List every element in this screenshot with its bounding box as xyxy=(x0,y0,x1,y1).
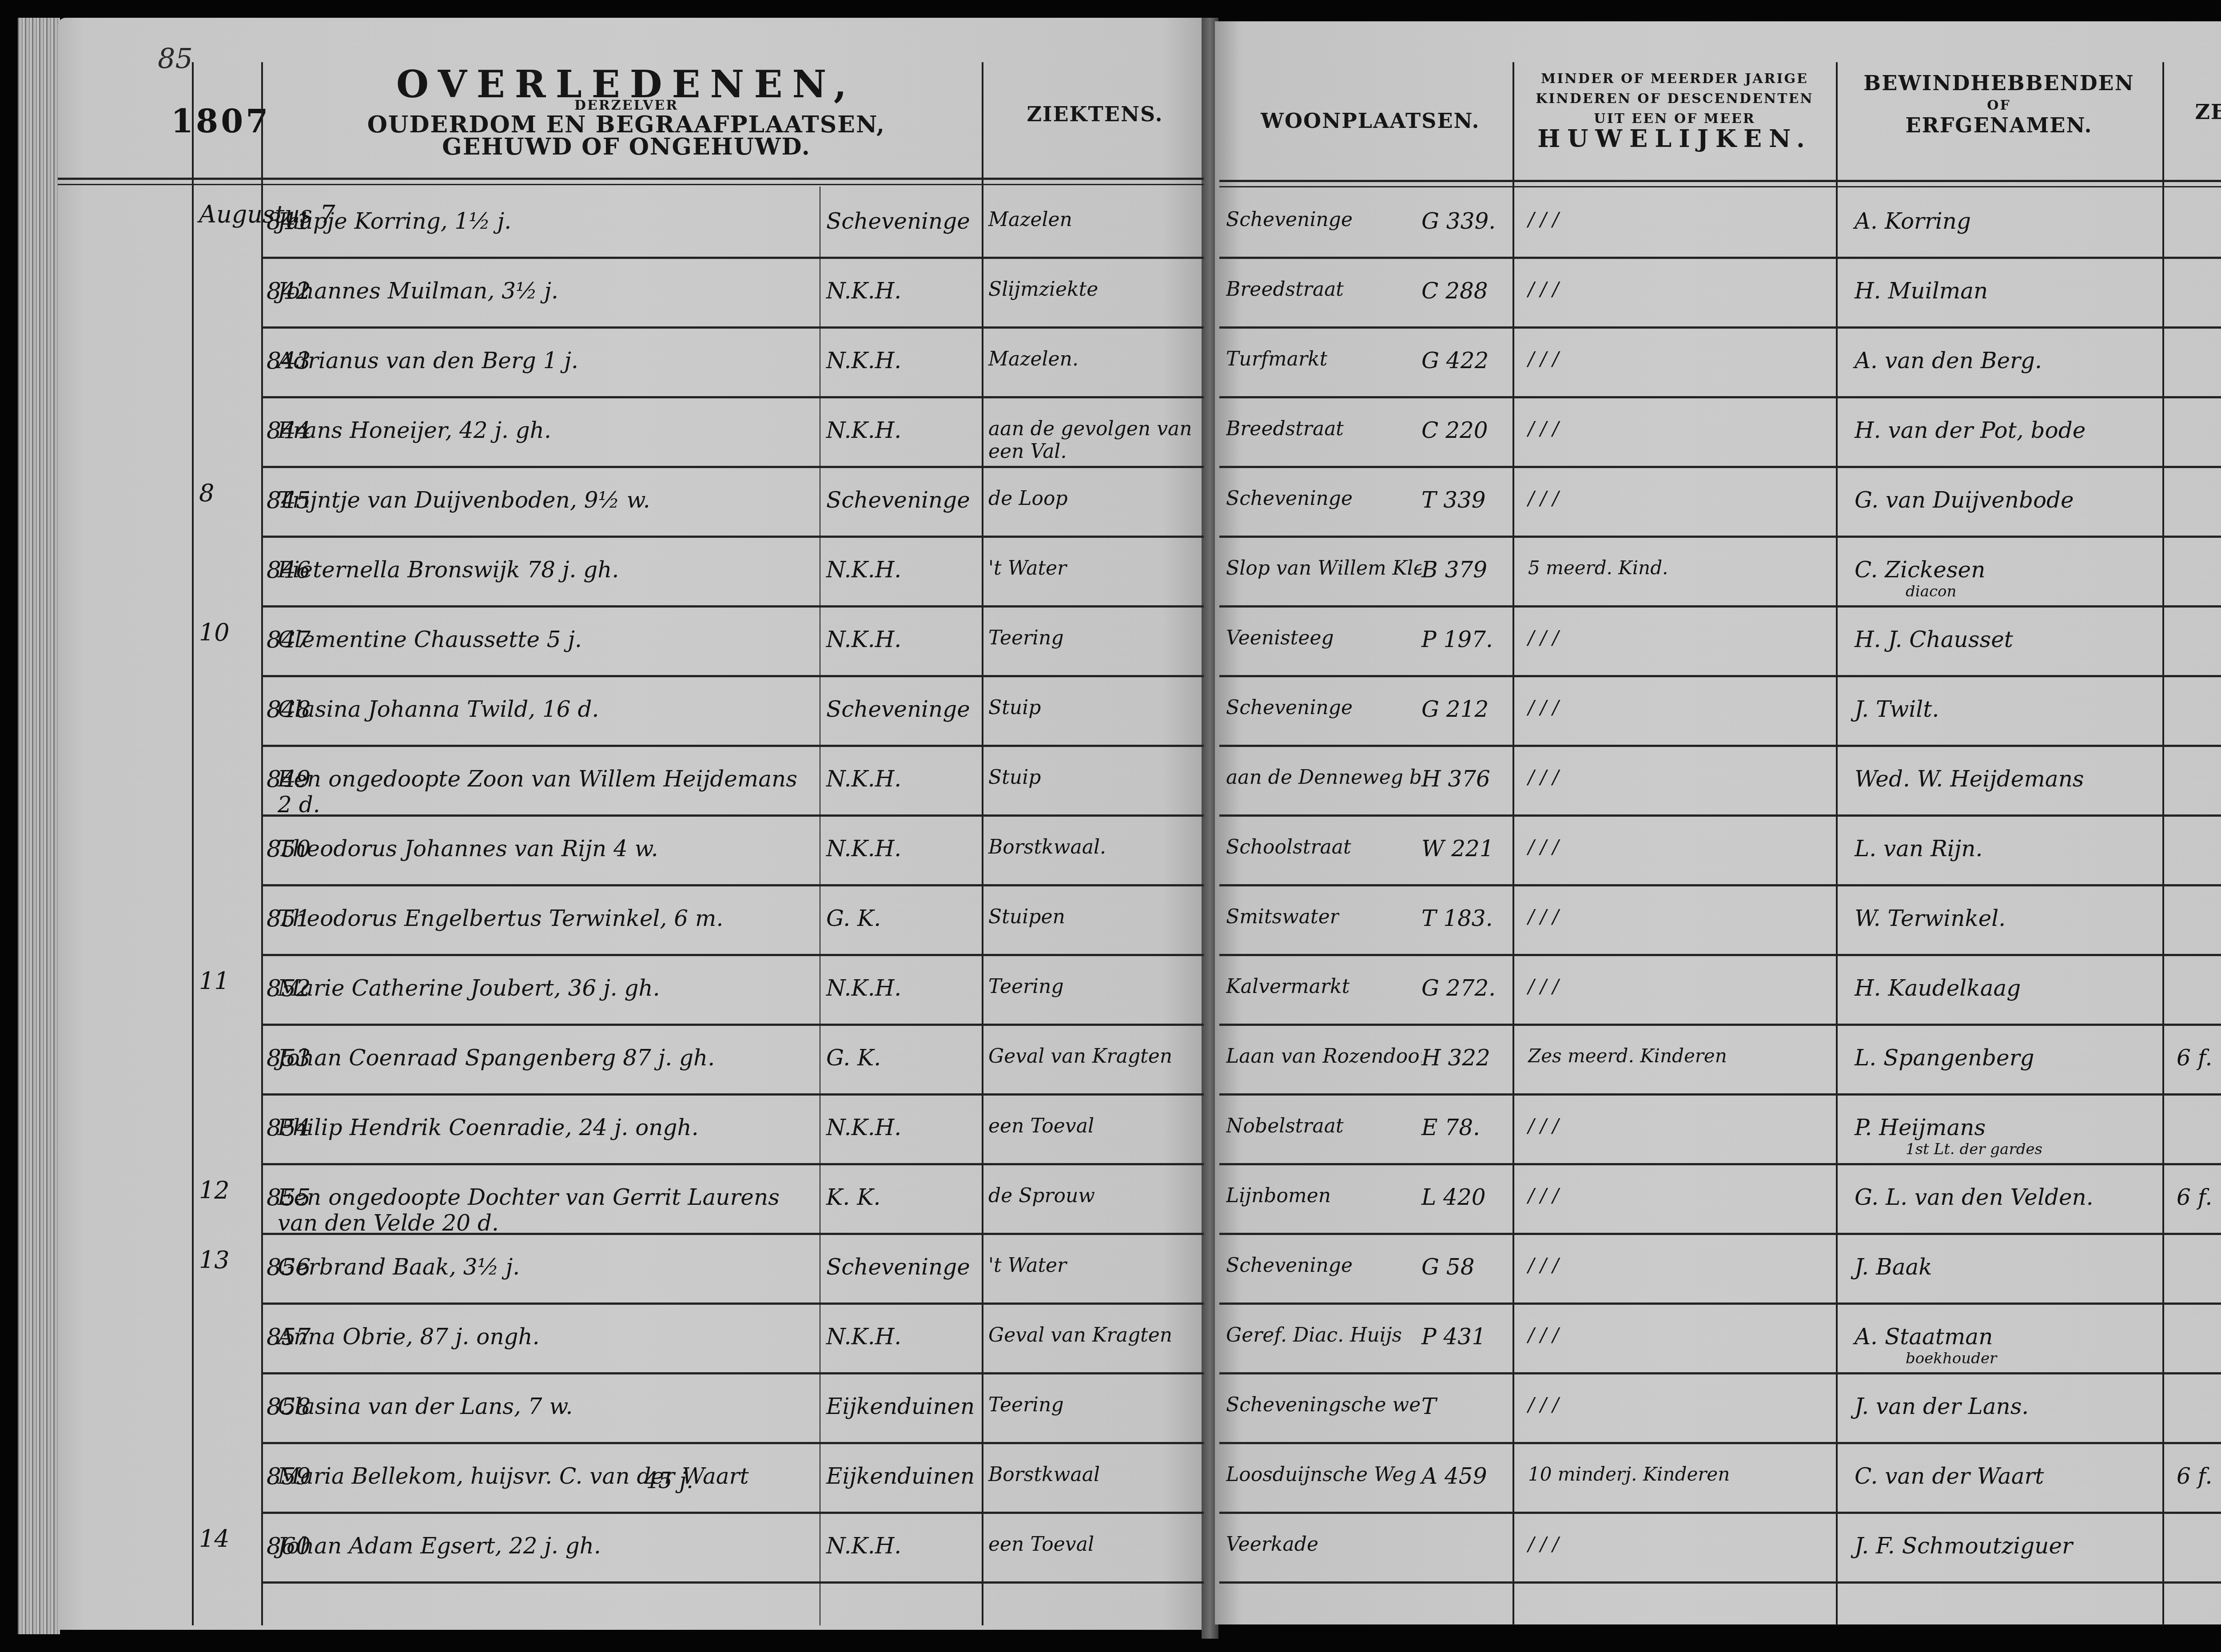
residence: Loosduijnsche Weg xyxy=(1226,1464,1417,1486)
children-status: / / / xyxy=(1528,1394,1559,1415)
deceased-name: Philip Hendrik Coenradie, 24 j. ongh. xyxy=(278,1115,699,1141)
residence: Schoolstraat xyxy=(1226,836,1351,859)
left-page xyxy=(58,18,1208,1630)
children-status: / / / xyxy=(1528,1255,1559,1276)
residence-ward-number: C 288 xyxy=(1421,278,1488,304)
header-rule-right-bottom xyxy=(1219,186,2221,187)
row-rule xyxy=(1219,536,2221,538)
cause-of-death: Geval van Kragten xyxy=(988,1324,1172,1347)
row-rule xyxy=(1219,1093,2221,1096)
deceased-name: Theodorus Engelbertus Terwinkel, 6 m. xyxy=(278,906,723,932)
burial-place: N.K.H. xyxy=(826,976,901,1001)
heir-name: A. van den Berg. xyxy=(1855,348,2042,374)
deceased-name: Johannes Muilman, 3½ j. xyxy=(278,278,558,304)
children-status: / / / xyxy=(1528,976,1559,997)
heir-name: J. Baak xyxy=(1855,1255,1932,1280)
row-rule xyxy=(1219,1581,2221,1584)
children-status: / / / xyxy=(1528,1324,1559,1346)
age-brace: 45 j. xyxy=(644,1468,693,1494)
residence: Scheveninge xyxy=(1226,488,1353,510)
burial-place: N.K.H. xyxy=(826,627,901,653)
row-rule xyxy=(262,1303,1204,1305)
residence: Veenisteeg xyxy=(1226,627,1334,650)
row-rule xyxy=(1219,1372,2221,1374)
burial-place: N.K.H. xyxy=(826,557,901,583)
row-rule xyxy=(1219,745,2221,747)
entry-date: 8 xyxy=(199,480,214,507)
residence-ward-number: P 431 xyxy=(1421,1324,1486,1350)
children-status: / / / xyxy=(1528,1185,1559,1206)
row-rule xyxy=(1219,1024,2221,1026)
cause-of-death: de Loop xyxy=(988,488,1068,510)
children-status: 5 meerd. Kind. xyxy=(1528,557,1668,579)
deceased-name: Marie Catherine Joubert, 36 j. gh. xyxy=(278,976,660,1001)
row-rule xyxy=(262,745,1204,747)
cause-of-death: Teering xyxy=(988,1394,1064,1417)
residence: Scheveninge xyxy=(1226,1255,1353,1277)
residence-ward-number: W 221 xyxy=(1421,836,1494,862)
residence-ward-number: T xyxy=(1421,1394,1436,1420)
header-ziektens: ZIEKTENS. xyxy=(984,102,1206,126)
cause-of-death: 't Water xyxy=(988,557,1067,580)
deceased-name: Johan Adam Egsert, 22 j. gh. xyxy=(278,1533,601,1559)
heir-name: G. L. van den Velden. xyxy=(1855,1185,2094,1211)
cause-of-death: Borstkwaal xyxy=(988,1464,1100,1486)
heir-name: H. Muilman xyxy=(1855,278,1988,304)
heir-name: H. Kaudelkaag xyxy=(1855,976,2021,1001)
heir-name: A. Korring xyxy=(1855,209,1971,234)
row-rule xyxy=(1219,1512,2221,1514)
children-status: / / / xyxy=(1528,906,1559,927)
deceased-name: Pieternella Bronswijk 78 j. gh. xyxy=(278,557,619,583)
deceased-name: Clasina Johanna Twild, 16 d. xyxy=(278,697,599,723)
heir-title: 1st Lt. der gardes xyxy=(1906,1141,2042,1158)
cause-of-death: Borstkwaal. xyxy=(988,836,1106,859)
deceased-name: Adrianus van den Berg 1 j. xyxy=(278,348,578,374)
stamp-fee: 6 f. xyxy=(2177,1464,2212,1489)
deceased-name: Een ongedoopte Dochter van Gerrit Lauren… xyxy=(278,1185,815,1236)
residence-ward-number: L 420 xyxy=(1421,1185,1486,1211)
burial-place: Scheveninge xyxy=(826,209,970,234)
cause-of-death: Teering xyxy=(988,976,1064,998)
row-rule xyxy=(262,396,1204,398)
cause-of-death: Stuip xyxy=(988,766,1041,789)
residence-ward-number: C 220 xyxy=(1421,418,1488,444)
residence-ward-number: B 379 xyxy=(1421,557,1487,583)
column-rule-number xyxy=(261,62,263,1625)
row-rule xyxy=(1219,1163,2221,1165)
residence-ward-number: A 459 xyxy=(1421,1464,1487,1489)
heir-name: L. van Rijn. xyxy=(1855,836,1982,862)
register-subtitle-line2: GEHUWD OF ONGEHUWD. xyxy=(271,133,982,160)
heir-name: J. F. Schmoutziguer xyxy=(1855,1533,2073,1559)
row-rule xyxy=(1219,466,2221,468)
children-status: / / / xyxy=(1528,418,1559,439)
heir-name: H. J. Chausset xyxy=(1855,627,2013,653)
heir-name: J. van der Lans. xyxy=(1855,1394,2029,1420)
burial-place: N.K.H. xyxy=(826,278,901,304)
column-rule-kinderen xyxy=(1836,62,1838,1625)
deceased-name: Gerbrand Baak, 3½ j. xyxy=(278,1255,520,1280)
residence: Veerkade xyxy=(1226,1533,1318,1556)
burial-place: Scheveninge xyxy=(826,488,970,513)
row-rule xyxy=(262,1024,1204,1026)
header-erfgenamen: ERFGENAMEN. xyxy=(1837,113,2161,137)
cause-of-death: Geval van Kragten xyxy=(988,1045,1172,1068)
header-rule-right-top xyxy=(1219,180,2221,182)
residence-ward-number: G 272. xyxy=(1421,976,1496,1001)
row-rule xyxy=(1219,1442,2221,1444)
heir-name: C. Zickesen xyxy=(1855,557,1985,583)
row-rule xyxy=(1219,326,2221,329)
row-rule xyxy=(1219,954,2221,956)
cause-of-death: Stuip xyxy=(988,697,1041,719)
row-rule xyxy=(262,1581,1204,1584)
children-status: / / / xyxy=(1528,1115,1559,1136)
residence: Nobelstraat xyxy=(1226,1115,1344,1138)
residence-ward-number: G 58 xyxy=(1421,1255,1474,1280)
burial-place: N.K.H. xyxy=(826,1324,901,1350)
row-rule xyxy=(1219,675,2221,677)
residence: Geref. Diac. Huijs xyxy=(1226,1324,1402,1347)
burial-place: N.K.H. xyxy=(826,348,901,374)
children-status: / / / xyxy=(1528,697,1559,718)
cause-of-death: Mazelen xyxy=(988,209,1072,231)
burial-place: K. K. xyxy=(826,1185,880,1211)
row-rule xyxy=(1219,814,2221,817)
children-status: 10 minderj. Kinderen xyxy=(1528,1464,1730,1485)
cause-of-death: aan de gevolgen van een Val. xyxy=(988,418,1197,463)
residence-ward-number: E 78. xyxy=(1421,1115,1480,1141)
row-rule xyxy=(1219,396,2221,398)
row-rule xyxy=(1219,884,2221,886)
header-minder-line4: HUWELIJKEN. xyxy=(1515,124,1835,153)
children-status: / / / xyxy=(1528,278,1559,300)
heir-name: G. van Duijvenbode xyxy=(1855,488,2074,513)
children-status: / / / xyxy=(1528,766,1559,788)
row-rule xyxy=(1219,605,2221,608)
residence-ward-number: T 339 xyxy=(1421,488,1486,513)
burial-place: N.K.H. xyxy=(826,1533,901,1559)
residence-ward-number: G 339. xyxy=(1421,209,1496,234)
year-label: 1807 xyxy=(171,102,271,140)
residence: aan de Denneweg brug xyxy=(1226,766,1421,789)
row-rule xyxy=(1219,1303,2221,1305)
row-rule xyxy=(262,675,1204,677)
heir-name: Wed. W. Heijdemans xyxy=(1855,766,2084,792)
residence-ward-number: P 197. xyxy=(1421,627,1493,653)
deceased-name: Clementine Chaussette 5 j. xyxy=(278,627,582,653)
children-status: / / / xyxy=(1528,488,1559,509)
row-rule xyxy=(1219,257,2221,259)
row-rule xyxy=(1219,1233,2221,1235)
residence: Slop van Willem Kleij xyxy=(1226,557,1421,580)
deceased-name: Johan Coenraad Spangenberg 87 j. gh. xyxy=(278,1045,715,1071)
heir-name: P. Heijmans xyxy=(1855,1115,1986,1141)
column-rule-erfgenamen xyxy=(2162,62,2164,1625)
header-zegels: ZEGELS. xyxy=(2163,100,2221,124)
row-rule xyxy=(262,884,1204,886)
children-status: / / / xyxy=(1528,209,1559,230)
row-rule xyxy=(262,1442,1204,1444)
row-rule xyxy=(262,954,1204,956)
column-rule-date xyxy=(192,62,194,1625)
deceased-name: Jaapje Korring, 1½ j. xyxy=(278,209,511,234)
residence-ward-number: H 322 xyxy=(1421,1045,1490,1071)
header-woonplaatsen: WOONPLAATSEN. xyxy=(1226,109,1515,133)
residence: Breedstraat xyxy=(1226,418,1344,441)
stamp-fee: 6 f. xyxy=(2177,1185,2212,1211)
page-stack-edges xyxy=(18,18,60,1634)
heir-name: H. van der Pot, bode xyxy=(1855,418,2086,444)
row-rule xyxy=(262,536,1204,538)
burial-place: N.K.H. xyxy=(826,418,901,444)
residence: Kalvermarkt xyxy=(1226,976,1349,998)
heir-name: W. Terwinkel. xyxy=(1855,906,2006,932)
header-rule-left-top xyxy=(58,178,1204,180)
deceased-name: Trijntje van Duijvenboden, 9½ w. xyxy=(278,488,650,513)
heir-name: L. Spangenberg xyxy=(1855,1045,2034,1071)
residence-ward-number: T 183. xyxy=(1421,906,1493,932)
column-rule-name xyxy=(820,187,820,1625)
residence-ward-number: G 422 xyxy=(1421,348,1489,374)
children-status: Zes meerd. Kinderen xyxy=(1528,1045,1727,1067)
entry-date: 12 xyxy=(199,1177,230,1204)
children-status: / / / xyxy=(1528,836,1559,858)
header-of: OF xyxy=(1837,98,2161,113)
burial-place: G. K. xyxy=(826,906,881,932)
cause-of-death: Teering xyxy=(988,627,1064,650)
row-rule xyxy=(262,466,1204,468)
header-minder-line2: KINDEREN OF DESCENDENTEN xyxy=(1515,91,1835,107)
heir-name: A. Staatman xyxy=(1855,1324,1993,1350)
row-rule xyxy=(262,257,1204,259)
residence-ward-number: H 376 xyxy=(1421,766,1490,792)
burial-place: Eijkenduinen xyxy=(826,1394,975,1420)
deceased-name: Frans Honeijer, 42 j. gh. xyxy=(278,418,551,444)
deceased-name: Een ongedoopte Zoon van Willem Heijdeman… xyxy=(278,766,815,818)
entry-date: 11 xyxy=(199,968,230,995)
children-status: / / / xyxy=(1528,1533,1559,1555)
burial-place: Scheveninge xyxy=(826,1255,970,1280)
cause-of-death: 't Water xyxy=(988,1255,1067,1277)
heir-title: boekhouder xyxy=(1906,1350,1997,1367)
header-bewindhebbenden: BEWINDHEBBENDEN xyxy=(1837,71,2161,95)
row-rule xyxy=(262,1163,1204,1165)
cause-of-death: een Toeval xyxy=(988,1533,1094,1556)
residence: Scheveningsche weg xyxy=(1226,1394,1421,1417)
burial-place: G. K. xyxy=(826,1045,881,1071)
cause-of-death: een Toeval xyxy=(988,1115,1094,1138)
header-rule-left-bottom xyxy=(58,184,1204,185)
residence: Scheveninge xyxy=(1226,697,1353,719)
cause-of-death: Stuipen xyxy=(988,906,1065,929)
burial-place: N.K.H. xyxy=(826,766,901,792)
deceased-name: Theodorus Johannes van Rijn 4 w. xyxy=(278,836,658,862)
burial-place: N.K.H. xyxy=(826,1115,901,1141)
burial-place: N.K.H. xyxy=(826,836,901,862)
cause-of-death: Slijmziekte xyxy=(988,278,1098,301)
burial-place: Scheveninge xyxy=(826,697,970,723)
cause-of-death: Mazelen. xyxy=(988,348,1079,371)
burial-place: Eijkenduinen xyxy=(826,1464,975,1489)
row-rule xyxy=(262,1512,1204,1514)
heir-title: diacon xyxy=(1906,583,1956,600)
residence: Scheveninge xyxy=(1226,209,1353,231)
residence: Laan van Rozendoorn xyxy=(1226,1045,1421,1068)
residence: Smitswater xyxy=(1226,906,1339,929)
entry-date: 14 xyxy=(199,1525,230,1553)
residence: Lijnbomen xyxy=(1226,1185,1331,1207)
stamp-fee: 6 f. xyxy=(2177,1045,2212,1071)
entry-date: 13 xyxy=(199,1247,230,1274)
heir-name: J. Twilt. xyxy=(1855,697,1939,723)
heir-name: C. van der Waart xyxy=(1855,1464,2044,1489)
right-page xyxy=(1215,21,2221,1624)
deceased-name: Anna Obrie, 87 j. ongh. xyxy=(278,1324,540,1350)
children-status: / / / xyxy=(1528,627,1559,648)
entry-date: 10 xyxy=(199,619,230,647)
row-rule xyxy=(262,605,1204,608)
column-rule-begraaf xyxy=(982,62,983,1625)
residence: Turfmarkt xyxy=(1226,348,1327,371)
children-status: / / / xyxy=(1528,348,1559,369)
row-rule xyxy=(262,326,1204,329)
folio-left: 85 xyxy=(158,42,193,75)
row-rule xyxy=(262,1372,1204,1374)
residence: Breedstraat xyxy=(1226,278,1344,301)
row-rule xyxy=(262,1093,1204,1096)
cause-of-death: de Sprouw xyxy=(988,1185,1095,1207)
residence-ward-number: G 212 xyxy=(1421,697,1489,723)
deceased-name: Clasina van der Lans, 7 w. xyxy=(278,1394,573,1420)
column-rule-woonplaats xyxy=(1513,62,1514,1625)
header-minder-line1: MINDER OF MEERDER JARIGE xyxy=(1515,71,1835,87)
